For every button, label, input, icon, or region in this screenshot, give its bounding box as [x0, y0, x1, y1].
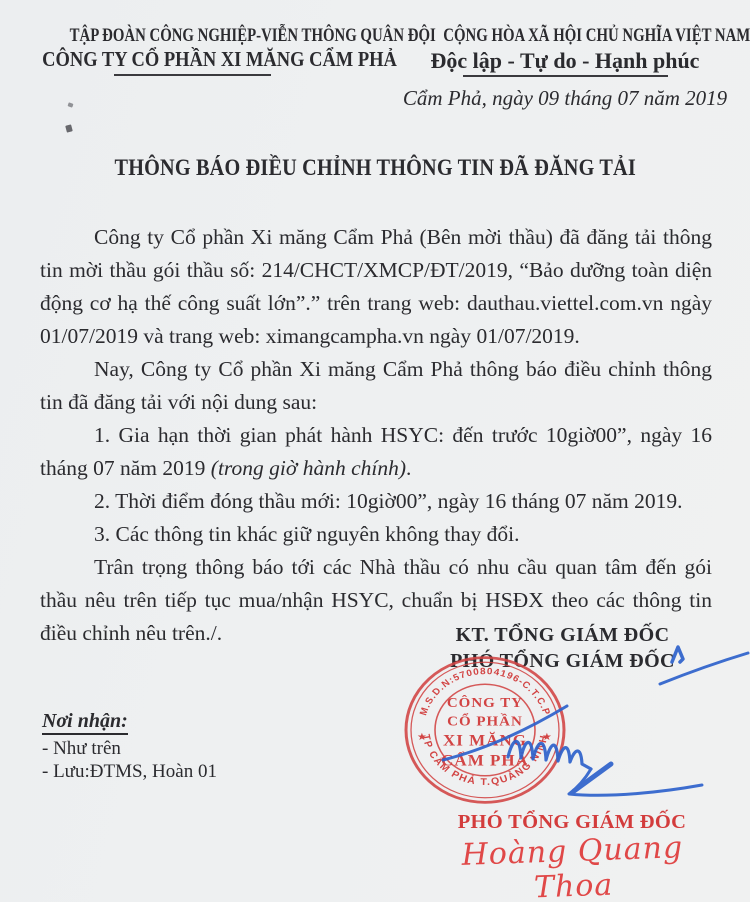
- issuer-company-text: CÔNG TY CỔ PHẦN XI MĂNG CẨM PHẢ: [42, 48, 397, 71]
- header-left-underline: [114, 74, 271, 76]
- recipient-item-1: - Như trên: [42, 737, 217, 760]
- header-issuer-block: TẬP ĐOÀN CÔNG NGHIỆP-VIỄN THÔNG QUÂN ĐỘI…: [18, 24, 366, 76]
- header-national-block: CỘNG HÒA XÃ HỘI CHỦ NGHĨA VIỆT NAM Độc l…: [400, 24, 730, 77]
- national-motto: Độc lập - Tự do - Hạnh phúc: [400, 49, 730, 72]
- paragraph-adjustment-intro: Nay, Công ty Cổ phần Xi măng Cẩm Phả thô…: [40, 353, 712, 419]
- pen-caret-mark: [672, 647, 683, 662]
- list-item-2: 2. Thời điểm đóng thầu mới: 10giờ00”, ng…: [40, 485, 712, 518]
- recipients-block: Nơi nhận: - Như trên - Lưu:ĐTMS, Hoàn 01: [42, 710, 217, 783]
- pen-loops: [508, 741, 591, 769]
- list-item-1: 1. Gia hạn thời gian phát hành HSYC: đến…: [40, 419, 712, 485]
- list-item-1-period: .: [406, 456, 411, 480]
- document-title-text: THÔNG BÁO ĐIỀU CHỈNH THÔNG TIN ĐÃ ĐĂNG T…: [114, 155, 635, 181]
- issuer-company: CÔNG TY CỔ PHẦN XI MĂNG CẨM PHẢ: [18, 48, 366, 71]
- pen-arrow-stroke: [574, 764, 611, 791]
- handwritten-signature-ink: [425, 638, 750, 808]
- paragraph-announcement: Công ty Cổ phần Xi măng Cẩm Phả (Bên mời…: [40, 221, 712, 353]
- scan-speck: [65, 124, 73, 132]
- recipient-item-2: - Lưu:ĐTMS, Hoàn 01: [42, 760, 217, 783]
- issuer-parent-org: TẬP ĐOÀN CÔNG NGHIỆP-VIỄN THÔNG QUÂN ĐỘI: [18, 24, 366, 47]
- document-title: THÔNG BÁO ĐIỀU CHỈNH THÔNG TIN ĐÃ ĐĂNG T…: [0, 155, 750, 181]
- issuer-parent-org-text: TẬP ĐOÀN CÔNG NGHIỆP-VIỄN THÔNG QUÂN ĐỘI: [70, 24, 436, 47]
- recipients-heading-text: Nơi nhận:: [42, 710, 128, 735]
- list-item-1-italic: (trong giờ hành chính): [211, 456, 406, 480]
- header-right-underline: [463, 75, 668, 77]
- list-item-3: 3. Các thông tin khác giữ nguyên không t…: [40, 518, 712, 551]
- scanned-document-page: TẬP ĐOÀN CÔNG NGHIỆP-VIỄN THÔNG QUÂN ĐỘI…: [0, 0, 750, 902]
- document-body: Công ty Cổ phần Xi măng Cẩm Phả (Bên mời…: [40, 221, 712, 650]
- dateline: Cẩm Phả, ngày 09 tháng 07 năm 2019: [400, 86, 730, 111]
- recipients-heading: Nơi nhận:: [42, 710, 217, 733]
- scan-speck: [67, 102, 73, 107]
- national-title-text: CỘNG HÒA XÃ HỘI CHỦ NGHĨA VIỆT NAM: [443, 24, 750, 47]
- signer-name-script: Hoàng Quang Thoa: [457, 830, 689, 902]
- national-title: CỘNG HÒA XÃ HỘI CHỦ NGHĨA VIỆT NAM: [400, 24, 730, 47]
